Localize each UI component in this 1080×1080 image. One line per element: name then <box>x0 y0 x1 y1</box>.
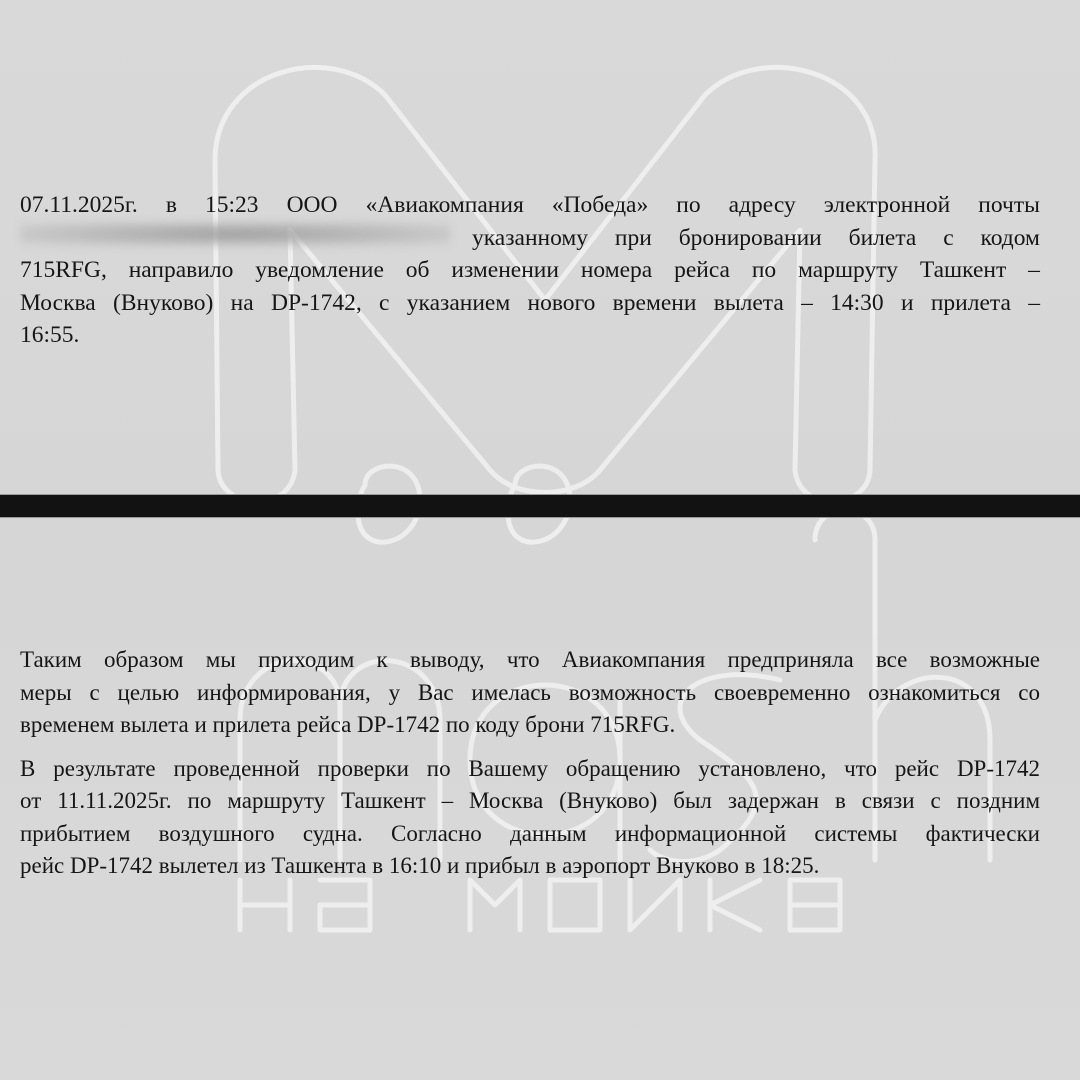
conclusion-paragraph: Таким образом мы приходим к выводу, что … <box>20 644 1040 742</box>
text-line: Таким образом мы приходим к выводу, что … <box>20 644 1040 677</box>
redacted-email <box>20 222 450 246</box>
text-line: В результате проведенной проверки по Ваш… <box>20 753 1040 786</box>
text-line-2-words: указанному при бронировании билета с код… <box>472 222 1040 255</box>
text-line-2: указанному при бронировании билета с код… <box>20 222 1040 255</box>
black-separator-bar <box>0 494 1080 518</box>
mash-logo-icon <box>0 0 1080 1080</box>
text-line: меры с целью информирования, у Вас имела… <box>20 677 1040 710</box>
text-line: временем вылета и прилета рейса DP-1742 … <box>20 709 1040 742</box>
text-line-5: 16:55. <box>20 319 1040 352</box>
text-line: рейс DP-1742 вылетел из Ташкента в 16:10… <box>20 850 1040 883</box>
text-line: прибытием воздушного судна. Согласно дан… <box>20 818 1040 851</box>
document-page: 07.11.2025г. в 15:23 ООО «Авиакомпания «… <box>0 0 1080 1080</box>
conclusion-section: Таким образом мы приходим к выводу, что … <box>20 644 1040 883</box>
text-line-3: 715RFG, направило уведомление об изменен… <box>20 254 1040 287</box>
text-line-1: 07.11.2025г. в 15:23 ООО «Авиакомпания «… <box>20 189 1040 222</box>
text-line-4: Москва (Внуково) на DP-1742, с указанием… <box>20 287 1040 320</box>
text-line: от 11.11.2025г. по маршруту Ташкент – Мо… <box>20 785 1040 818</box>
notification-paragraph: 07.11.2025г. в 15:23 ООО «Авиакомпания «… <box>20 189 1040 352</box>
mash-watermark <box>0 0 1080 1080</box>
investigation-result-paragraph: В результате проведенной проверки по Ваш… <box>20 753 1040 883</box>
